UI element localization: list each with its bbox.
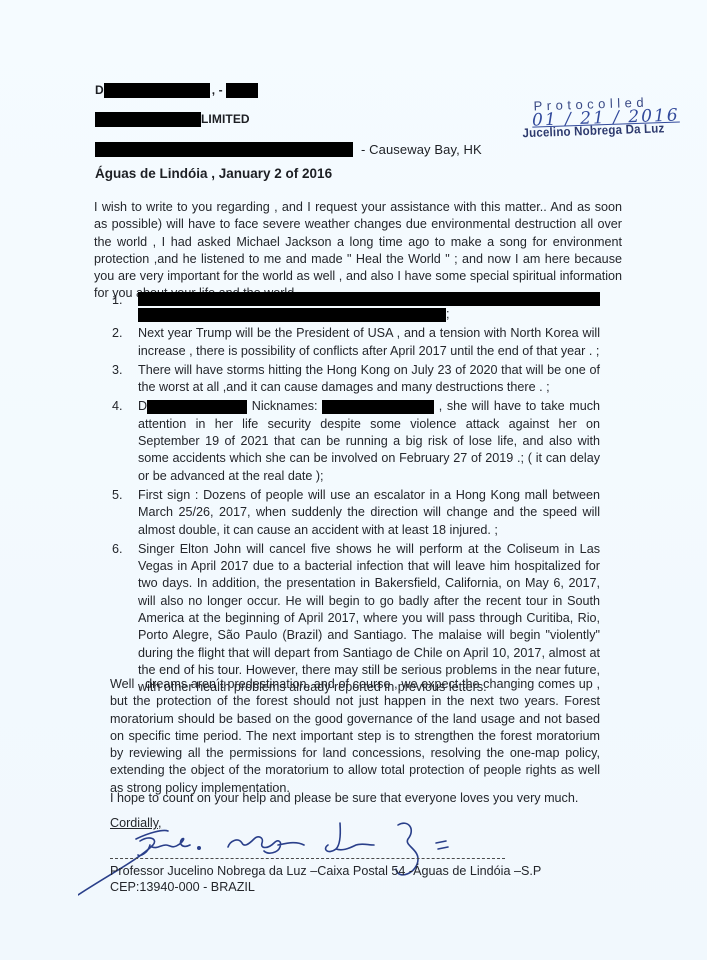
predictions-list: 1. ; 2. Next year Trump will be the Pres…: [108, 290, 600, 699]
redacted-block: [95, 112, 201, 127]
redacted-block: [138, 308, 446, 322]
redacted-block: [226, 83, 258, 98]
list-item: 3. There will have storms hitting the Ho…: [108, 362, 600, 397]
redacted-block: [147, 400, 247, 414]
list-item: 1. ;: [108, 292, 600, 323]
recipient-name-line: D , -: [95, 82, 258, 98]
prediction-text: Singer Elton John will cancel five shows…: [138, 542, 600, 694]
list-item: 2. Next year Trump will be the President…: [108, 325, 600, 360]
sender-address: Professor Jucelino Nobrega da Luz –Caixa…: [110, 863, 610, 895]
recipient-company-suffix: LIMITED: [201, 112, 250, 126]
prediction-prefix: D: [138, 399, 147, 413]
recipient-address-suffix: - Causeway Bay, HK: [361, 142, 482, 157]
recipient-separator: , -: [212, 83, 223, 97]
list-item: 6. Singer Elton John will cancel five sh…: [108, 541, 600, 697]
list-item: 5. First sign : Dozens of people will us…: [108, 487, 600, 539]
protocol-stamp: Protocolled 01 / 21 / 2016 Jucelino Nobr…: [521, 93, 692, 140]
recipient-address-line: - Causeway Bay, HK: [95, 141, 482, 157]
recipient-company-line: LIMITED: [95, 111, 250, 127]
prediction-text: First sign : Dozens of people will use a…: [138, 488, 600, 537]
intro-paragraph: I wish to write to you regarding , and I…: [94, 199, 622, 303]
recipient-prefix: D: [95, 83, 104, 97]
redacted-block: [322, 400, 434, 414]
prediction-text: There will have storms hitting the Hong …: [138, 363, 600, 394]
signature-divider: [110, 858, 505, 859]
prediction-text: Next year Trump will be the President of…: [138, 326, 600, 357]
redacted-block: [104, 83, 210, 98]
letter-page: D , - LIMITED - Causeway Bay, HK Protoco…: [0, 0, 707, 960]
nickname-label: Nicknames:: [252, 399, 318, 413]
redacted-block: [95, 142, 353, 157]
redacted-block: [138, 292, 600, 306]
closing-paragraph: Well , dreams aren´t predestination, and…: [110, 676, 600, 797]
hope-line: I hope to count on your help and please …: [110, 791, 578, 805]
letter-date: Águas de Lindóia , January 2 of 2016: [95, 166, 332, 181]
list-item: 4. D Nicknames: , she will have to take …: [108, 398, 600, 484]
